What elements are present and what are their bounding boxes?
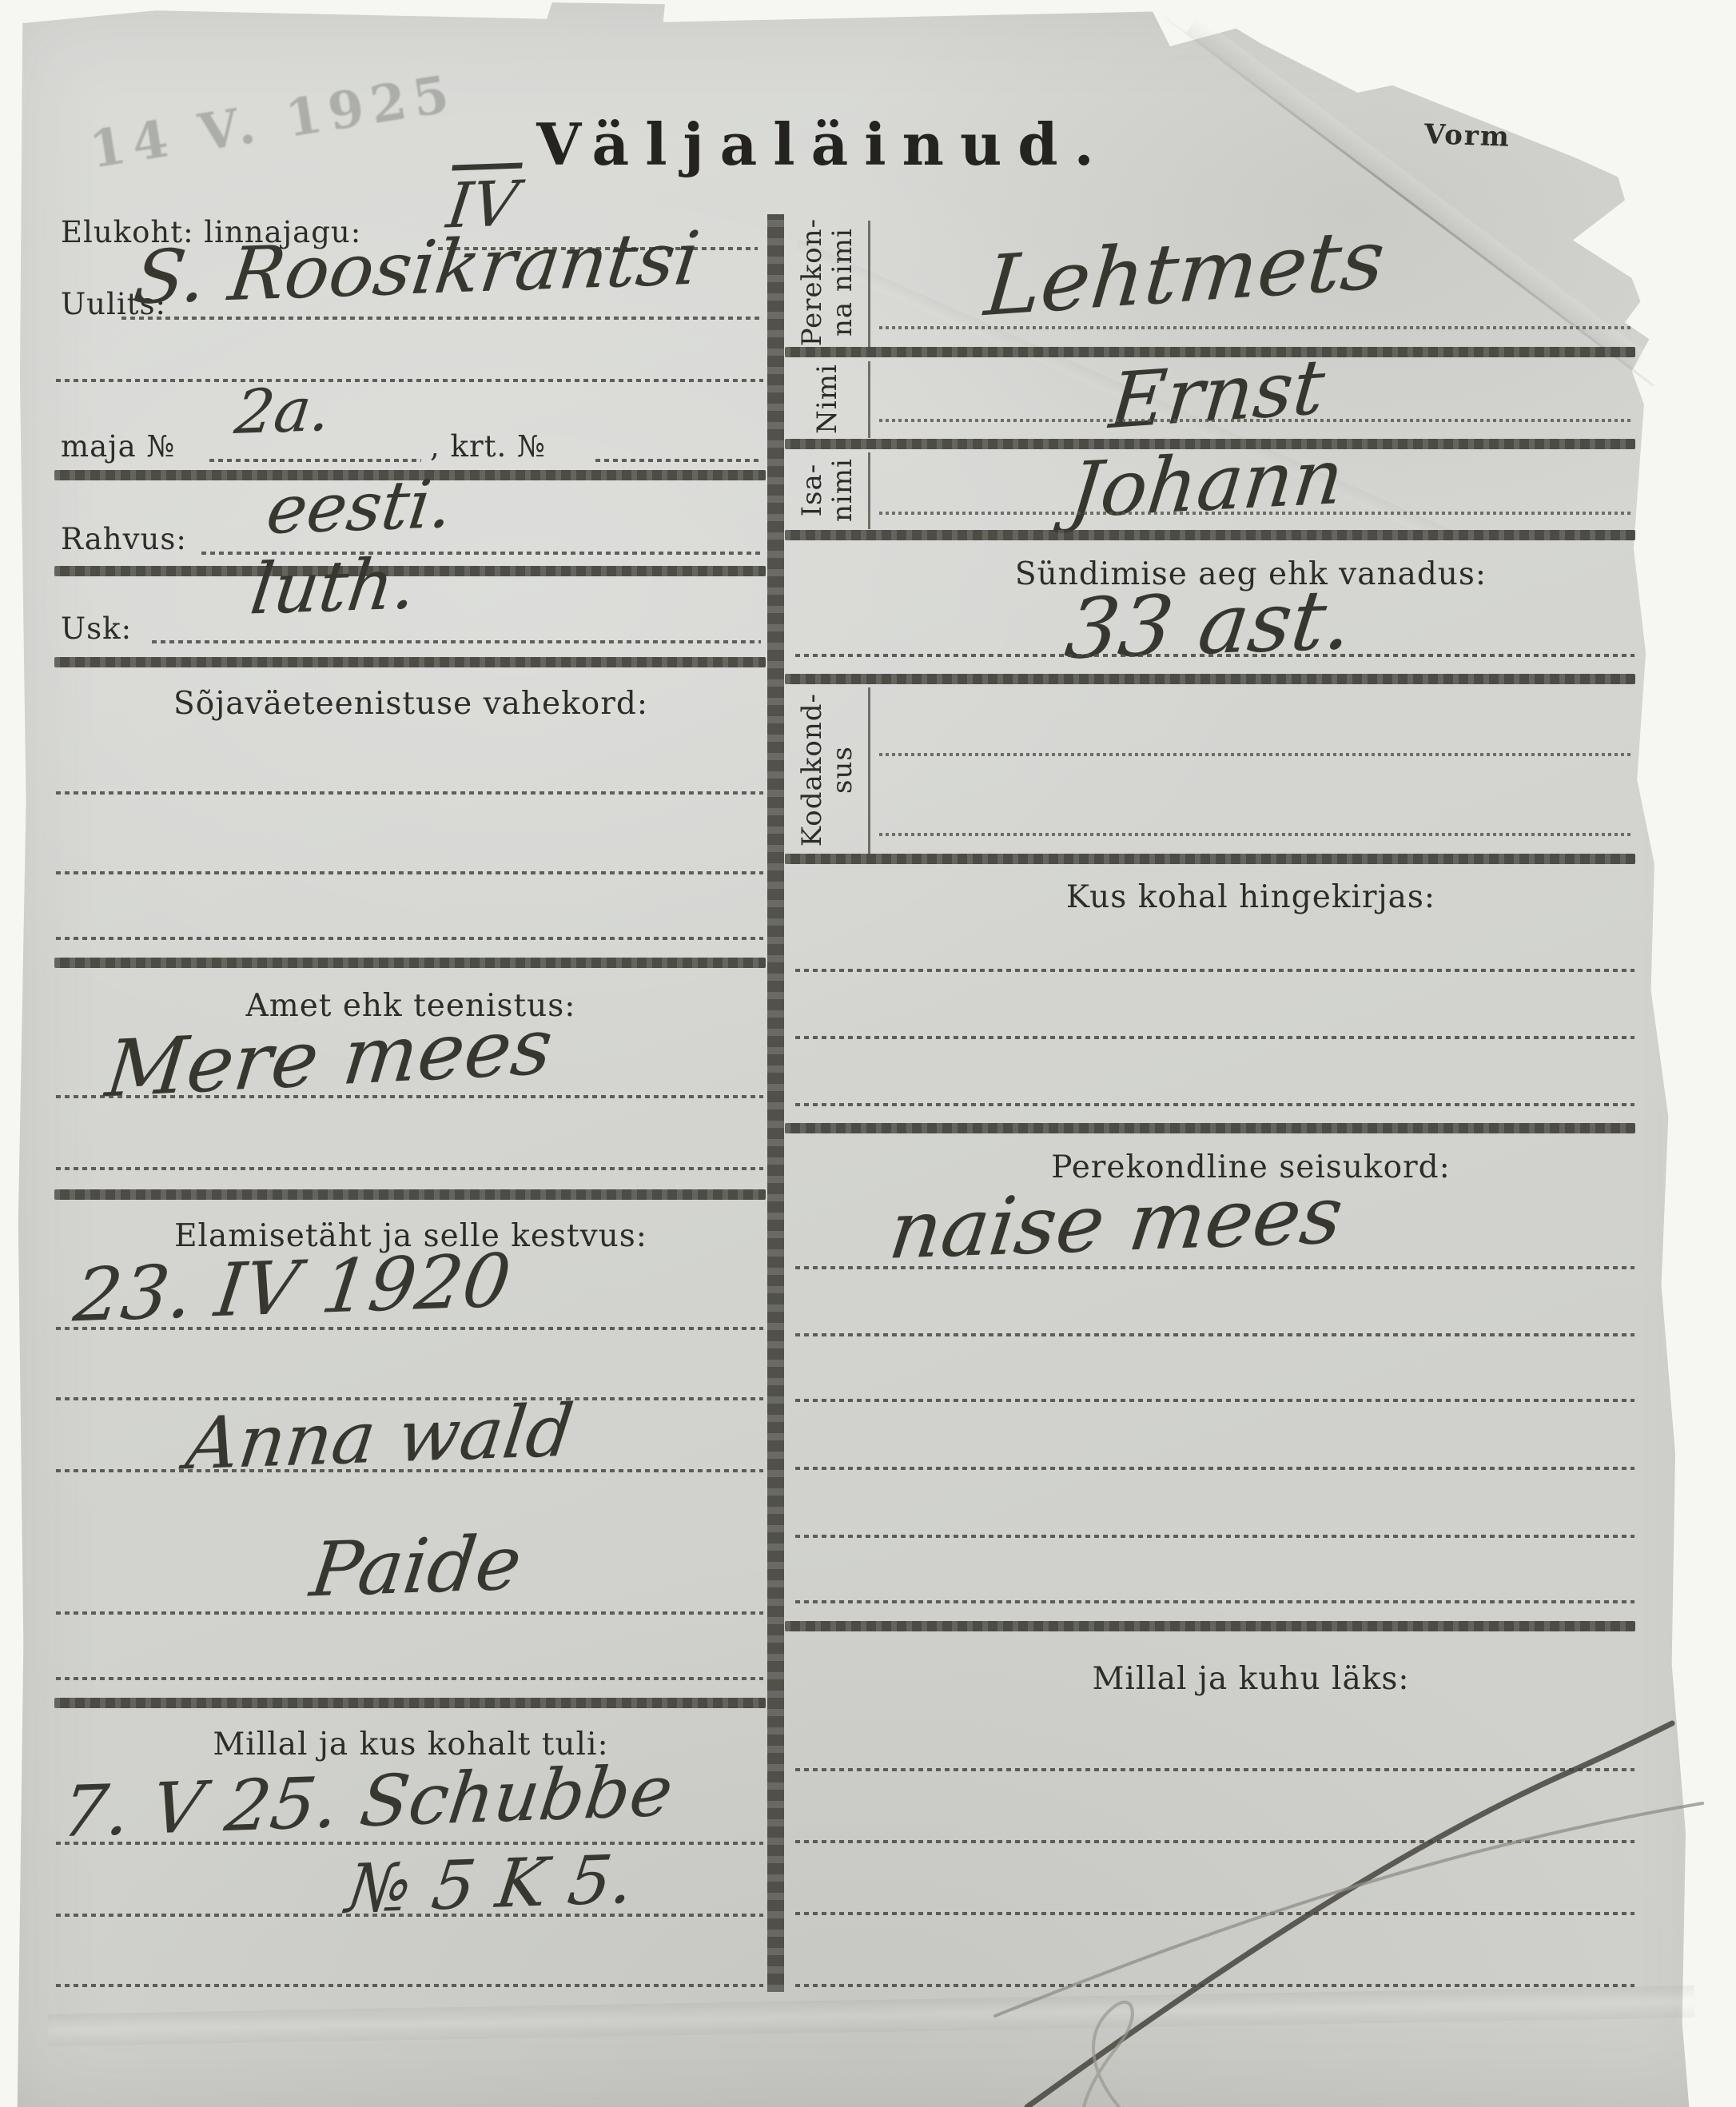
dotted-line <box>56 1327 763 1330</box>
dotted-line <box>56 1914 763 1917</box>
perekonnanimi-value-handwriting: Lehtmets <box>982 220 1388 326</box>
label-separator-line <box>868 452 870 529</box>
divider-thick <box>54 1189 766 1200</box>
elamistaht-linn-handwriting: Paide <box>307 1527 525 1606</box>
dotted-line <box>795 1768 1634 1771</box>
perekonnanimi-label: Perekon- na nimi <box>785 217 870 347</box>
scanned-form: 14 V. 1925 Väljaläinud. Vorm Elukoht: li… <box>0 0 1736 2107</box>
nimi-value-handwriting: Ernst <box>1107 351 1328 438</box>
label-separator-line <box>868 361 870 438</box>
form-number-label: Vorm <box>1423 118 1511 153</box>
dotted-line <box>795 1535 1634 1538</box>
krt-label: , krt. № <box>430 432 546 461</box>
dotted-line <box>879 833 1630 836</box>
maja-value-handwriting: 2a. <box>232 380 333 441</box>
maja-label: maja № <box>61 432 175 461</box>
elamistaht-vald-handwriting: Anna wald <box>183 1397 577 1479</box>
dotted-line <box>795 1467 1634 1470</box>
dotted-line <box>879 512 1630 515</box>
dotted-line <box>795 1912 1634 1915</box>
elamistaht-date-handwriting: 23. IV 1920 <box>70 1246 514 1331</box>
dotted-line <box>879 419 1630 422</box>
divider-thick <box>785 854 1635 864</box>
dotted-line <box>879 753 1630 756</box>
dotted-line <box>56 1167 763 1170</box>
isanimi-label: Isa- nimi <box>785 450 870 530</box>
hingekiri-heading: Kus kohal hingekirjas: <box>871 881 1630 915</box>
form-title: Väljaläinud. <box>304 110 1343 178</box>
tuli-value2-handwriting: № 5 K 5. <box>343 1848 637 1922</box>
dotted-line <box>152 640 761 643</box>
dotted-line <box>795 1984 1634 1987</box>
divider-thick <box>54 1698 766 1708</box>
dotted-line <box>795 1036 1634 1039</box>
dotted-line <box>795 969 1634 972</box>
label-separator-line <box>868 221 870 347</box>
divider-thick <box>785 674 1635 684</box>
dotted-line <box>209 459 421 462</box>
dotted-line <box>56 379 763 382</box>
dotted-line <box>795 1103 1634 1106</box>
dotted-line <box>56 791 763 795</box>
column-divider <box>767 214 784 1992</box>
dotted-line <box>795 1399 1634 1402</box>
label-separator-line <box>868 687 870 854</box>
dotted-line <box>795 654 1634 657</box>
uulits-value-handwriting: S. Roosikrantsi <box>130 224 703 313</box>
nimi-label-text: Nimi <box>812 364 842 434</box>
divider-thick <box>54 657 766 667</box>
dotted-line <box>56 1842 763 1845</box>
isanimi-label-text: Isa- nimi <box>797 458 858 522</box>
kodakondsus-label-text: Kodakond- sus <box>797 693 858 846</box>
rahvus-label: Rahvus: <box>61 524 187 554</box>
dotted-line <box>795 1600 1634 1603</box>
dotted-line <box>595 459 759 462</box>
dotted-line <box>56 1469 763 1472</box>
kodakondsus-label: Kodakond- sus <box>785 684 870 855</box>
amet-value-handwriting: Mere mees <box>102 1010 555 1108</box>
dotted-line <box>795 1266 1634 1269</box>
dotted-line <box>56 1677 763 1680</box>
dotted-line <box>56 1611 763 1615</box>
usk-value-handwriting: luth. <box>247 550 420 623</box>
divider-thick <box>54 958 766 968</box>
laks-heading: Millal ja kuhu läks: <box>871 1663 1630 1697</box>
divider-thick <box>785 1123 1635 1133</box>
divider-thick <box>785 1621 1635 1631</box>
seisukord-value-handwriting: naise mees <box>886 1177 1347 1269</box>
rahvus-value-handwriting: eesti. <box>264 472 456 543</box>
tuli-value1-handwriting: 7. V 25. Schubbe <box>58 1758 676 1846</box>
nimi-label: Nimi <box>785 360 870 438</box>
dotted-line <box>795 1333 1634 1336</box>
divider-thick <box>785 530 1635 540</box>
sojavae-heading: Sõjaväeteenistuse vahekord: <box>56 687 766 722</box>
dotted-line <box>879 326 1630 329</box>
dotted-line <box>56 871 763 874</box>
perekonnanimi-label-text: Perekon- na nimi <box>797 218 858 346</box>
dotted-line <box>795 1840 1634 1843</box>
dotted-line <box>56 937 763 940</box>
usk-label: Usk: <box>61 614 132 643</box>
dotted-line <box>56 1095 763 1098</box>
dotted-line <box>56 1984 763 1987</box>
